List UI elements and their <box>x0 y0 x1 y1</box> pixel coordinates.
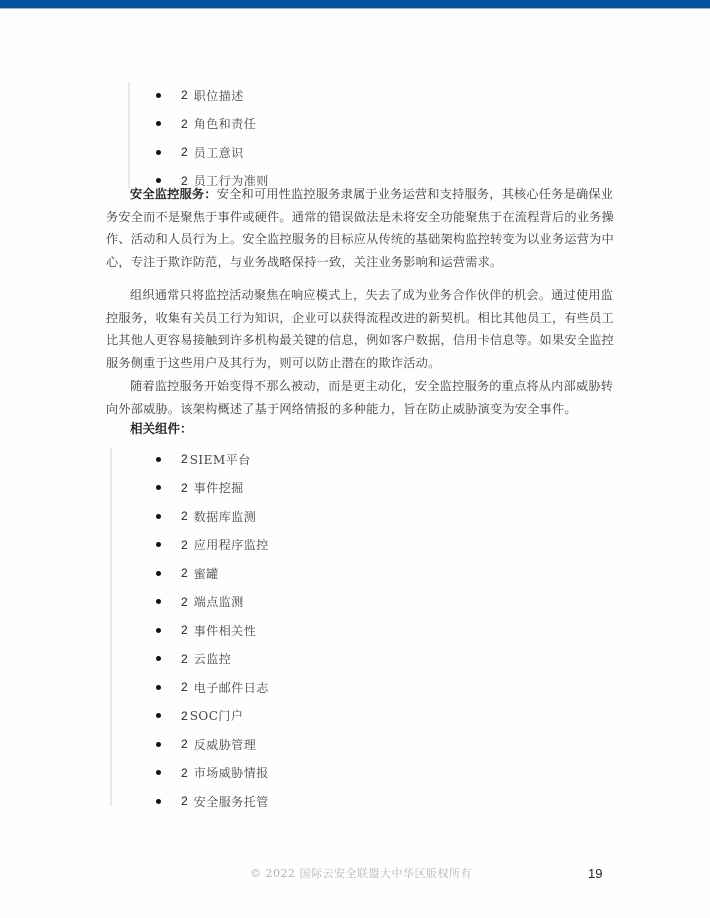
item-number: 2 <box>181 794 188 808</box>
list-item: 2应用程序监控 <box>152 531 269 560</box>
item-number: 2 <box>181 145 188 159</box>
paragraph-lead: 安全监控服务： <box>130 187 217 201</box>
item-number: 2 <box>181 766 188 780</box>
copyright-footer: © 2022 国际云安全联盟大中华区版权所有 <box>250 865 472 881</box>
paragraph-security-monitoring: 安全监控服务：安全和可用性监控服务隶属于业务运营和支持服务，其核心任务是确保业务… <box>106 183 614 273</box>
list-item: 2SIEM平台 <box>152 445 269 474</box>
bullet-icon <box>156 457 161 462</box>
item-label: 事件挖掘 <box>194 479 244 496</box>
item-number: 2 <box>181 595 188 609</box>
item-number: 2 <box>181 709 188 723</box>
bullet-icon <box>156 93 161 98</box>
item-label: 员工意识 <box>194 144 244 161</box>
list-item: 2市场威胁情报 <box>152 759 269 788</box>
bullet-icon <box>156 599 161 604</box>
item-label: 安全服务托管 <box>194 793 269 810</box>
components-heading: 相关组件： <box>130 419 193 437</box>
bullet-icon <box>156 770 161 775</box>
list-indent-bar <box>110 448 112 806</box>
item-label: 事件相关性 <box>194 622 257 639</box>
paragraph-response-mode: 组织通常只将监控活动聚焦在响应模式上，失去了成为业务合作伙伴的机会。通过使用监控… <box>106 284 614 374</box>
item-label: SOC门户 <box>190 707 244 724</box>
item-label: 市场威胁情报 <box>194 764 269 781</box>
item-number: 2 <box>181 737 188 751</box>
list-item: 2角色和责任 <box>152 110 269 139</box>
list-item: 2SOC门户 <box>152 702 269 731</box>
item-label: SIEM平台 <box>190 451 251 468</box>
list-item: 2端点监测 <box>152 588 269 617</box>
item-number: 2 <box>181 652 188 666</box>
list-item: 2职位描述 <box>152 81 269 110</box>
item-number: 2 <box>181 117 188 131</box>
item-number: 2 <box>181 481 188 495</box>
bullet-icon <box>156 799 161 804</box>
bullet-icon <box>156 685 161 690</box>
bullet-icon <box>156 713 161 718</box>
bullet-icon <box>156 628 161 633</box>
list-item: 2事件相关性 <box>152 616 269 645</box>
role-list: 2职位描述 2角色和责任 2员工意识 2员工行为准则 <box>152 81 269 195</box>
bullet-icon <box>156 542 161 547</box>
list-item: 2电子邮件日志 <box>152 673 269 702</box>
page-number: 19 <box>588 866 602 881</box>
list-item: 2蜜罐 <box>152 559 269 588</box>
paragraph-proactive: 随着监控服务开始变得不那么被动，而是更主动化，安全监控服务的重点将从内部威胁转向… <box>106 375 614 420</box>
item-number: 2 <box>181 88 188 102</box>
list-item: 2安全服务托管 <box>152 787 269 816</box>
bullet-icon <box>156 656 161 661</box>
bullet-icon <box>156 742 161 747</box>
item-number: 2 <box>181 680 188 694</box>
item-number: 2 <box>181 452 188 466</box>
list-item: 2事件挖掘 <box>152 474 269 503</box>
item-label: 电子邮件日志 <box>194 679 269 696</box>
bullet-icon <box>156 150 161 155</box>
list-item: 2员工意识 <box>152 138 269 167</box>
bullet-icon <box>156 514 161 519</box>
list-item: 2数据库监测 <box>152 502 269 531</box>
item-label: 云监控 <box>194 650 232 667</box>
item-label: 数据库监测 <box>194 508 257 525</box>
item-number: 2 <box>181 566 188 580</box>
bullet-icon <box>156 121 161 126</box>
item-label: 蜜罐 <box>194 565 219 582</box>
list-indent-bar <box>128 82 130 188</box>
item-number: 2 <box>181 509 188 523</box>
list-item: 2云监控 <box>152 645 269 674</box>
item-label: 反威胁管理 <box>194 736 257 753</box>
header-band-divider <box>0 8 710 9</box>
header-band <box>0 0 710 8</box>
list-item: 2反威胁管理 <box>152 730 269 759</box>
item-label: 应用程序监控 <box>194 536 269 553</box>
item-label: 职位描述 <box>194 87 244 104</box>
bullet-icon <box>156 571 161 576</box>
bullet-icon <box>156 485 161 490</box>
item-number: 2 <box>181 538 188 552</box>
item-number: 2 <box>181 623 188 637</box>
item-label: 角色和责任 <box>194 115 257 132</box>
components-list: 2SIEM平台 2事件挖掘 2数据库监测 2应用程序监控 2蜜罐 2端点监测 2… <box>152 445 269 816</box>
item-label: 端点监测 <box>194 593 244 610</box>
